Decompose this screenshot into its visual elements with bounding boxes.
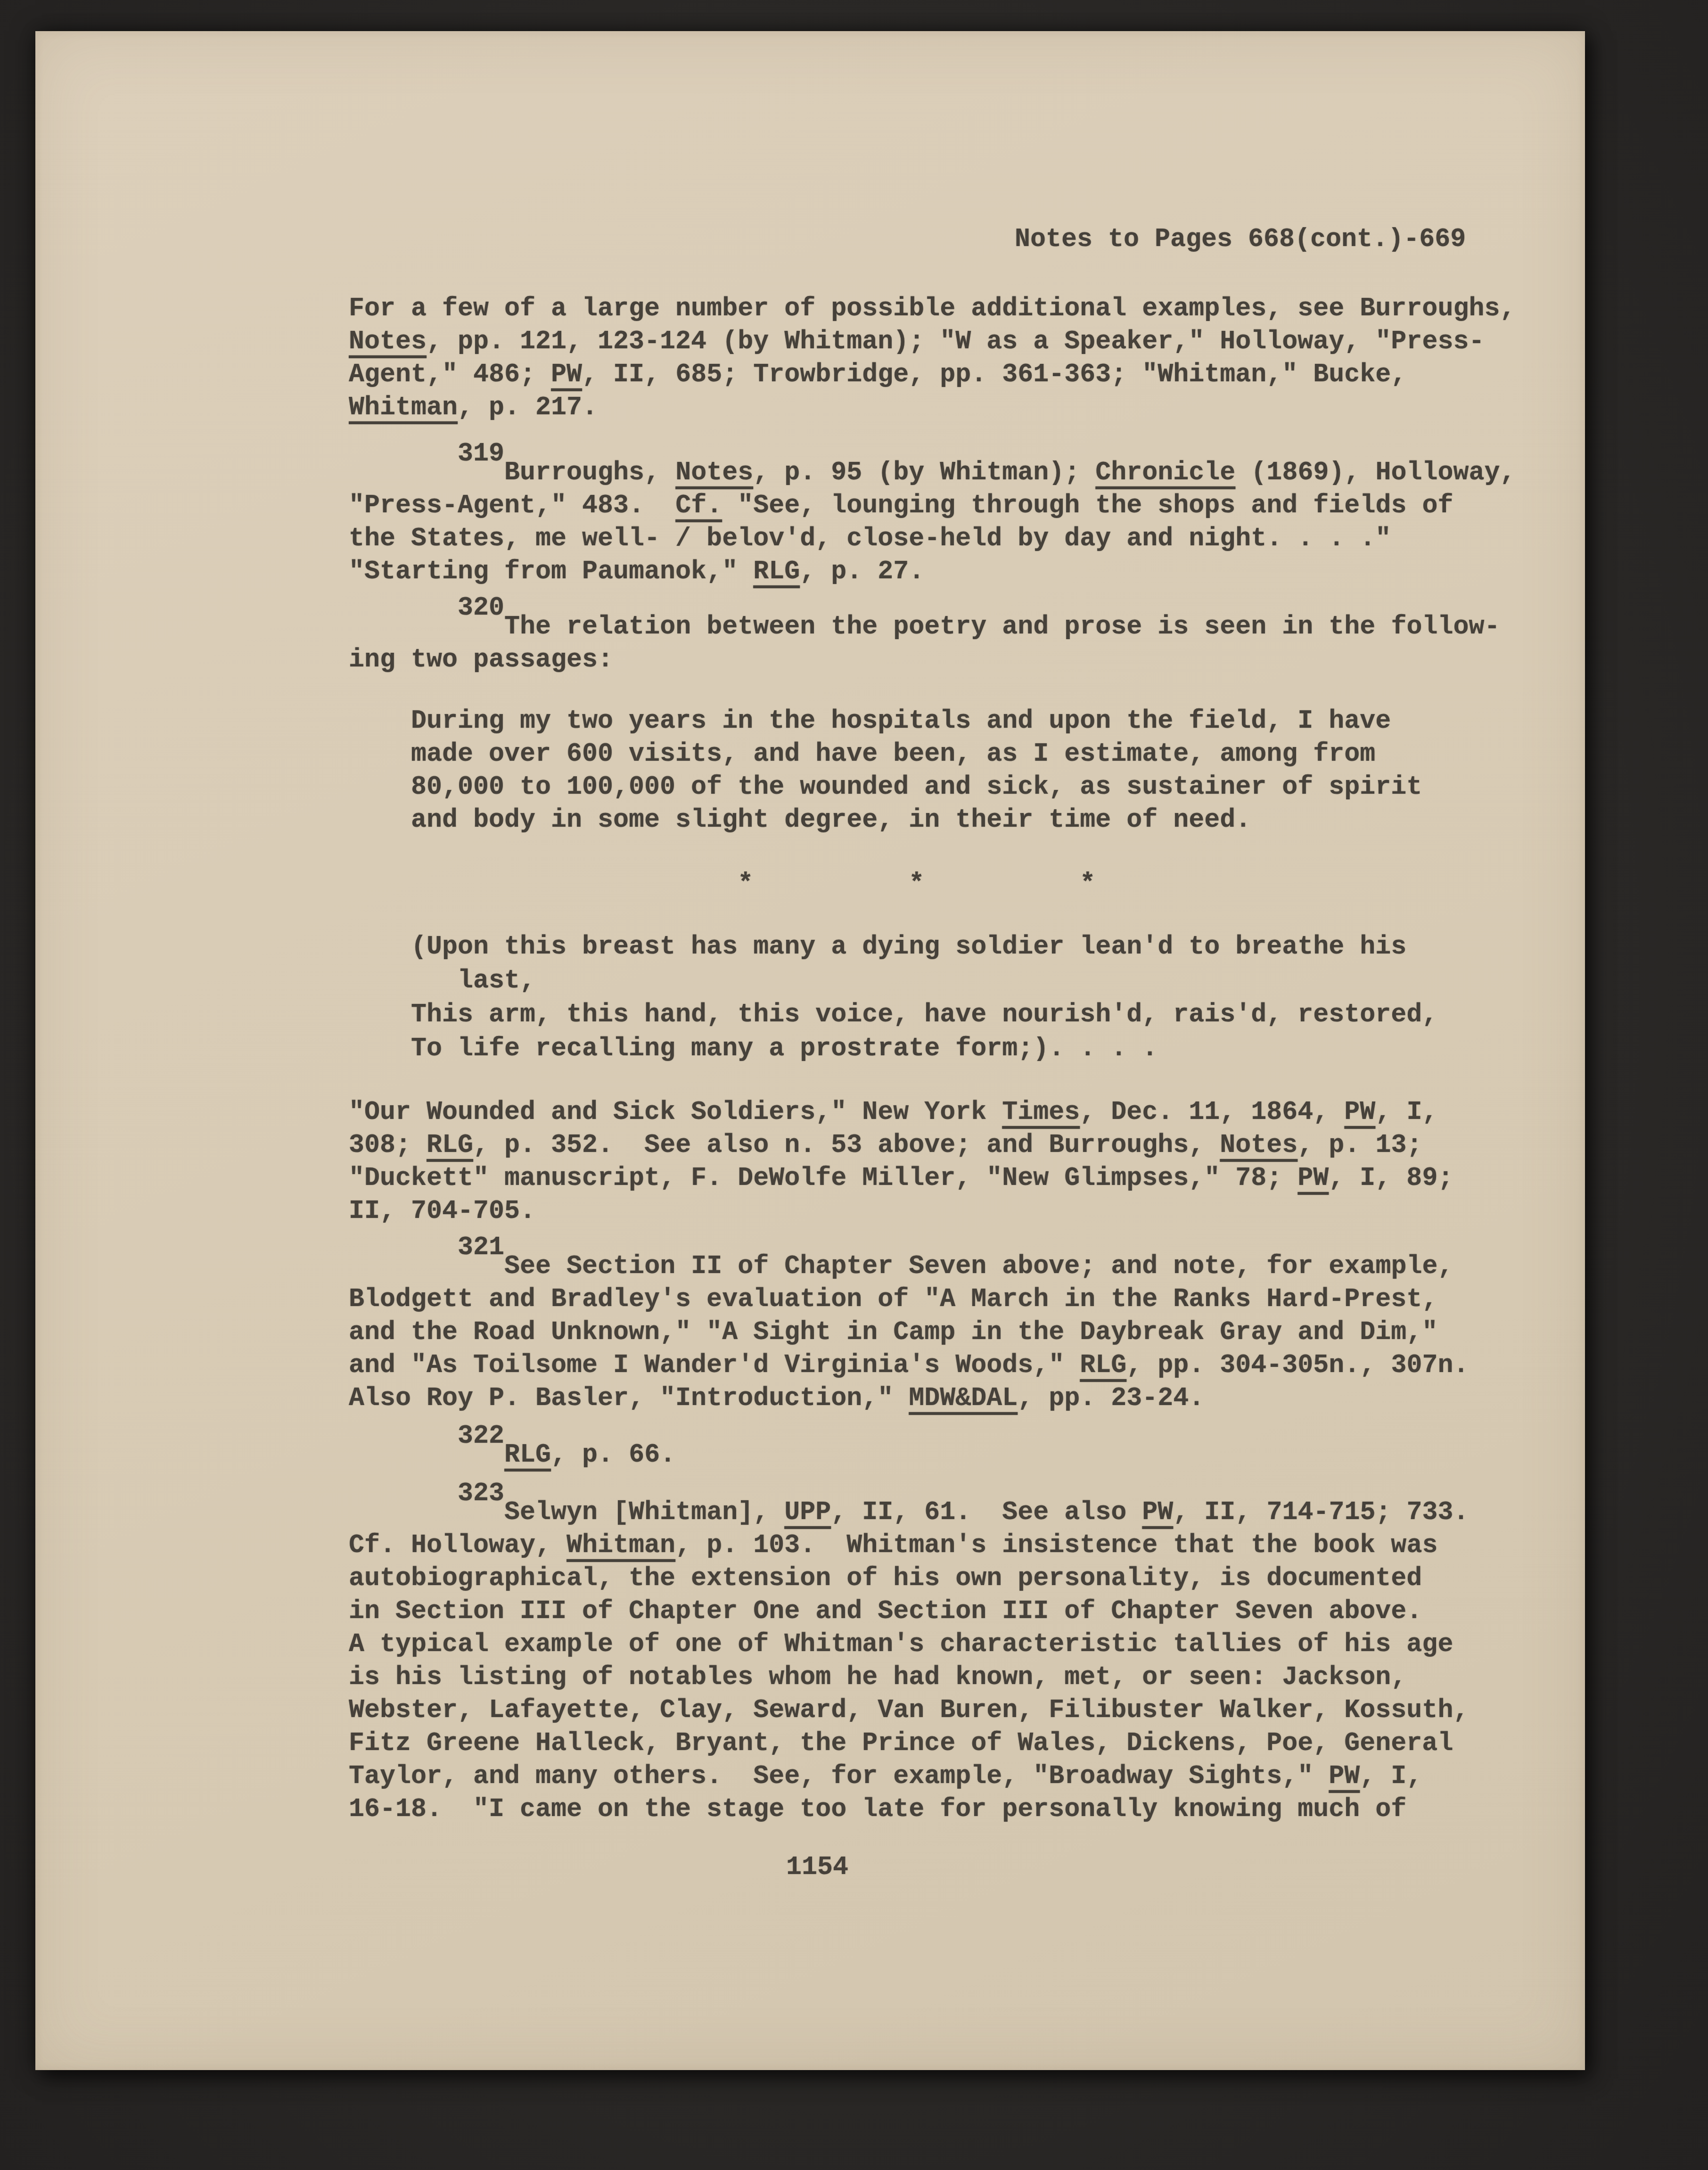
text-segment: , II, 714-715; 733. bbox=[1173, 1497, 1469, 1527]
note-number: 319 bbox=[458, 439, 504, 469]
text-line: 16-18. "I came on the stage too late for… bbox=[349, 1793, 1469, 1826]
note-321: 321See Section II of Chapter Seven above… bbox=[349, 1250, 1469, 1415]
text-segment: , p. 27. bbox=[800, 557, 924, 586]
text-segment: Taylor, and many others. See, for exampl… bbox=[349, 1761, 1329, 1791]
text-segment: is his listing of notables whom he had k… bbox=[349, 1662, 1406, 1692]
text-segment: , pp. 121, 123-124 (by Whitman); "W as a… bbox=[427, 327, 1484, 356]
text-segment: , p. 13; bbox=[1297, 1130, 1422, 1160]
text-segment: Chronicle bbox=[1095, 458, 1235, 487]
text-segment bbox=[349, 612, 458, 641]
text-line: "Press-Agent," 483. Cf. "See, lounging t… bbox=[349, 489, 1515, 522]
document-page: Notes to Pages 668(cont.)-669 For a few … bbox=[35, 31, 1585, 2070]
text-segment: and body in some slight degree, in their… bbox=[349, 805, 1251, 835]
text-line: A typical example of one of Whitman's ch… bbox=[349, 1628, 1469, 1661]
text-segment: Cf. bbox=[675, 491, 722, 520]
note-number: 323 bbox=[458, 1479, 504, 1508]
text-line: 80,000 to 100,000 of the wounded and sic… bbox=[349, 771, 1422, 804]
text-line: autobiographical, the extension of his o… bbox=[349, 1562, 1469, 1595]
text-line: Also Roy P. Basler, "Introduction," MDW&… bbox=[349, 1382, 1469, 1415]
text-segment: "See, lounging through the shops and fie… bbox=[722, 491, 1453, 520]
text-segment: PW bbox=[1329, 1761, 1360, 1791]
text-line: made over 600 visits, and have been, as … bbox=[349, 738, 1422, 771]
text-segment: Cf. Holloway, bbox=[349, 1530, 567, 1560]
text-segment: , I, 89; bbox=[1329, 1163, 1453, 1193]
text-line: (Upon this breast has many a dying soldi… bbox=[349, 930, 1437, 964]
text-segment: For a few of a large number of possible … bbox=[349, 294, 1515, 323]
text-segment: Blodgett and Bradley's evaluation of "A … bbox=[349, 1284, 1437, 1314]
text-segment: * * * bbox=[349, 869, 1095, 898]
text-segment: Also Roy P. Basler, "Introduction," bbox=[349, 1383, 909, 1413]
poem-quote: (Upon this breast has many a dying soldi… bbox=[349, 930, 1437, 1066]
text-segment: autobiographical, the extension of his o… bbox=[349, 1563, 1422, 1593]
text-line: the States, me well- / belov'd, close-he… bbox=[349, 522, 1515, 555]
text-segment: , II, 685; Trowbridge, pp. 361-363; "Whi… bbox=[582, 360, 1406, 389]
text-line: and "As Toilsome I Wander'd Virginia's W… bbox=[349, 1349, 1469, 1382]
text-segment: Selwyn [Whitman], bbox=[504, 1497, 784, 1527]
text-line: Cf. Holloway, Whitman, p. 103. Whitman's… bbox=[349, 1529, 1469, 1562]
text-line: Taylor, and many others. See, for exampl… bbox=[349, 1760, 1469, 1793]
text-segment: "Press-Agent," 483. bbox=[349, 491, 675, 520]
text-segment: (Upon this breast has many a dying soldi… bbox=[349, 932, 1406, 962]
text-segment: , I, bbox=[1360, 1761, 1422, 1791]
text-line: For a few of a large number of possible … bbox=[349, 292, 1515, 325]
text-segment: PW bbox=[1344, 1097, 1375, 1127]
text-segment: and the Road Unknown," "A Sight in Camp … bbox=[349, 1317, 1437, 1347]
text-line: Notes, pp. 121, 123-124 (by Whitman); "W… bbox=[349, 325, 1515, 358]
page-number-text: 1154 bbox=[786, 1851, 848, 1884]
text-segment: "Our Wounded and Sick Soldiers," New Yor… bbox=[349, 1097, 1002, 1127]
intro-paragraph: For a few of a large number of possible … bbox=[349, 292, 1515, 424]
text-segment: and "As Toilsome I Wander'd Virginia's W… bbox=[349, 1350, 1080, 1380]
text-segment: The relation between the poetry and pros… bbox=[504, 612, 1500, 641]
text-segment: Notes bbox=[1220, 1130, 1297, 1160]
wounded-paragraph: "Our Wounded and Sick Soldiers," New Yor… bbox=[349, 1096, 1453, 1228]
text-segment: Webster, Lafayette, Clay, Seward, Van Bu… bbox=[349, 1695, 1469, 1725]
text-line: Fitz Greene Halleck, Bryant, the Prince … bbox=[349, 1727, 1469, 1760]
text-segment: "Duckett" manuscript, F. DeWolfe Miller,… bbox=[349, 1163, 1297, 1193]
note-number: 321 bbox=[458, 1233, 504, 1262]
text-segment: Times bbox=[1002, 1097, 1080, 1127]
note-320: 320The relation between the poetry and p… bbox=[349, 610, 1500, 676]
text-segment: RLG bbox=[1080, 1350, 1126, 1380]
text-segment: , I, bbox=[1375, 1097, 1437, 1127]
text-segment: made over 600 visits, and have been, as … bbox=[349, 739, 1375, 769]
text-segment: MDW&DAL bbox=[909, 1383, 1018, 1413]
running-header-text: Notes to Pages 668(cont.)-669 bbox=[1015, 223, 1466, 256]
text-line: 308; RLG, p. 352. See also n. 53 above; … bbox=[349, 1129, 1453, 1162]
note-323: 323Selwyn [Whitman], UPP, II, 61. See al… bbox=[349, 1496, 1469, 1826]
text-line: II, 704-705. bbox=[349, 1195, 1453, 1228]
note-322: 322RLG, p. 66. bbox=[349, 1438, 675, 1471]
text-line: Whitman, p. 217. bbox=[349, 391, 1515, 424]
text-segment: PW bbox=[1297, 1163, 1329, 1193]
text-segment: , Dec. 11, 1864, bbox=[1080, 1097, 1344, 1127]
running-header: Notes to Pages 668(cont.)-669 bbox=[1015, 223, 1466, 256]
text-segment: Whitman bbox=[349, 393, 458, 422]
text-segment bbox=[349, 1251, 458, 1281]
text-line: 323Selwyn [Whitman], UPP, II, 61. See al… bbox=[349, 1496, 1469, 1529]
text-segment: in Section III of Chapter One and Sectio… bbox=[349, 1596, 1422, 1626]
note-number: 320 bbox=[458, 593, 504, 623]
text-line: 320The relation between the poetry and p… bbox=[349, 610, 1500, 643]
text-segment: II, 704-705. bbox=[349, 1196, 535, 1226]
text-segment: the States, me well- / belov'd, close-he… bbox=[349, 524, 1391, 553]
text-segment: , p. 95 (by Whitman); bbox=[753, 458, 1095, 487]
text-segment: This arm, this hand, this voice, have no… bbox=[349, 1000, 1437, 1029]
note-319: 319Burroughs, Notes, p. 95 (by Whitman);… bbox=[349, 456, 1515, 588]
photo-backdrop: { "document": { "header": "Notes to Page… bbox=[0, 0, 1708, 2170]
text-line: last, bbox=[349, 964, 1437, 998]
text-line: This arm, this hand, this voice, have no… bbox=[349, 998, 1437, 1032]
text-segment: A typical example of one of Whitman's ch… bbox=[349, 1629, 1453, 1659]
text-line: in Section III of Chapter One and Sectio… bbox=[349, 1595, 1469, 1628]
text-segment: , p. 217. bbox=[458, 393, 598, 422]
text-segment: , p. 66. bbox=[551, 1440, 675, 1470]
text-line: "Starting from Paumanok," RLG, p. 27. bbox=[349, 555, 1515, 588]
text-segment: , p. 103. Whitman's insistence that the … bbox=[675, 1530, 1437, 1560]
text-segment: RLG bbox=[753, 557, 800, 586]
text-segment: RLG bbox=[427, 1130, 473, 1160]
text-line: Webster, Lafayette, Clay, Seward, Van Bu… bbox=[349, 1694, 1469, 1727]
text-line: "Duckett" manuscript, F. DeWolfe Miller,… bbox=[349, 1162, 1453, 1195]
asterisk-separator: * * * bbox=[349, 867, 1095, 900]
page-number: 1154 bbox=[786, 1851, 848, 1884]
text-line: To life recalling many a prostrate form;… bbox=[349, 1032, 1437, 1066]
text-segment bbox=[349, 458, 458, 487]
text-segment: , II, 61. See also bbox=[831, 1497, 1142, 1527]
text-segment: 80,000 to 100,000 of the wounded and sic… bbox=[349, 772, 1422, 802]
text-segment: (1869), Holloway, bbox=[1235, 458, 1515, 487]
text-segment: 308; bbox=[349, 1130, 427, 1160]
text-segment: Fitz Greene Halleck, Bryant, the Prince … bbox=[349, 1728, 1453, 1758]
text-segment: Notes bbox=[675, 458, 753, 487]
text-segment: , pp. 304-305n., 307n. bbox=[1126, 1350, 1469, 1380]
text-line: and the Road Unknown," "A Sight in Camp … bbox=[349, 1316, 1469, 1349]
text-segment: last, bbox=[349, 966, 535, 995]
text-line: 319Burroughs, Notes, p. 95 (by Whitman);… bbox=[349, 456, 1515, 489]
prose-quote: During my two years in the hospitals and… bbox=[349, 705, 1422, 837]
text-line: 322RLG, p. 66. bbox=[349, 1438, 675, 1471]
text-line: ing two passages: bbox=[349, 643, 1500, 676]
text-line: During my two years in the hospitals and… bbox=[349, 705, 1422, 738]
text-segment: Burroughs, bbox=[504, 458, 675, 487]
text-segment bbox=[349, 1440, 458, 1470]
text-line: Blodgett and Bradley's evaluation of "A … bbox=[349, 1283, 1469, 1316]
text-segment bbox=[349, 1497, 458, 1527]
text-segment: PW bbox=[551, 360, 582, 389]
text-segment: Notes bbox=[349, 327, 427, 356]
text-line: "Our Wounded and Sick Soldiers," New Yor… bbox=[349, 1096, 1453, 1129]
text-line: * * * bbox=[349, 867, 1095, 900]
text-line: Agent," 486; PW, II, 685; Trowbridge, pp… bbox=[349, 358, 1515, 391]
text-line: 321See Section II of Chapter Seven above… bbox=[349, 1250, 1469, 1283]
text-segment: , p. 352. See also n. 53 above; and Burr… bbox=[473, 1130, 1220, 1160]
text-segment: During my two years in the hospitals and… bbox=[349, 706, 1391, 736]
text-segment: See Section II of Chapter Seven above; a… bbox=[504, 1251, 1453, 1281]
text-segment: RLG bbox=[504, 1440, 551, 1470]
text-segment: , pp. 23-24. bbox=[1018, 1383, 1204, 1413]
text-segment: ing two passages: bbox=[349, 645, 613, 674]
text-segment: Whitman bbox=[567, 1530, 675, 1560]
text-segment: UPP bbox=[784, 1497, 831, 1527]
text-line: and body in some slight degree, in their… bbox=[349, 804, 1422, 837]
text-segment: 16-18. "I came on the stage too late for… bbox=[349, 1794, 1406, 1824]
text-segment: Agent," 486; bbox=[349, 360, 551, 389]
note-number: 322 bbox=[458, 1421, 504, 1451]
text-segment: "Starting from Paumanok," bbox=[349, 557, 753, 586]
text-segment: PW bbox=[1142, 1497, 1173, 1527]
text-line: is his listing of notables whom he had k… bbox=[349, 1661, 1469, 1694]
text-segment: To life recalling many a prostrate form;… bbox=[349, 1034, 1158, 1063]
